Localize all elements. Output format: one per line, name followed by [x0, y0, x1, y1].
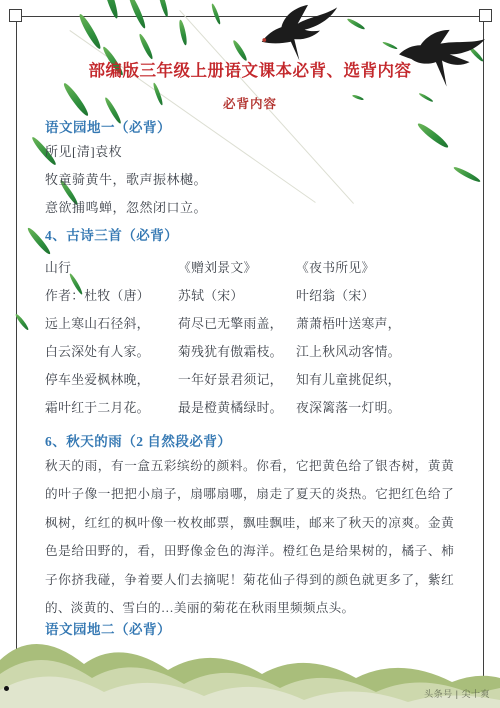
poem-cell: 《赠刘景文》: [178, 254, 296, 282]
poem-cell: 叶绍翁（宋）: [296, 282, 454, 310]
poem-cell: 远上寒山石径斜，: [45, 310, 178, 338]
poem-cell: 荷尽已无擎雨盖，: [178, 310, 296, 338]
swallow-bird-icon: [248, 4, 344, 64]
poem-cell: 最是橙黄橘绿时。: [178, 394, 296, 422]
poem-cell: 白云深处有人家。: [45, 338, 178, 366]
poem-cell: 《夜书所见》: [296, 254, 454, 282]
poem-suojian-title: 所见[清]袁枚: [45, 141, 454, 160]
poem-cell: 知有儿童挑促织，: [296, 366, 454, 394]
poem-table: 山行 《赠刘景文》 《夜书所见》 作者：杜牧（唐） 苏轼（宋） 叶绍翁（宋） 远…: [45, 254, 454, 422]
section-heading-yuwen-yuandi-1: 语文园地一（必背）: [45, 116, 454, 136]
willow-leaf-decoration: [156, 0, 169, 18]
page-corner-dot: [4, 686, 9, 691]
poem-suojian-line-1: 牧童骑黄牛，歌声振林樾。: [45, 169, 454, 188]
qiutian-de-yu-paragraph: 秋天的雨，有一盒五彩缤纷的颜料。你看，它把黄色给了银杏树，黄黄的叶子像一把把小扇…: [45, 452, 454, 624]
poem-suojian-line-2: 意欲捕鸣蝉，忽然闭口立。: [45, 197, 454, 216]
document-page: 部编版三年级上册语文课本必背、选背内容 必背内容 语文园地一（必背） 所见[清]…: [0, 0, 500, 708]
poem-cell: 萧萧梧叶送寒声，: [296, 310, 454, 338]
poem-cell: 山行: [45, 254, 178, 282]
poem-cell: 停车坐爱枫林晚，: [45, 366, 178, 394]
section-heading-gushi-sanshou: 4、古诗三首（必背）: [45, 224, 454, 244]
poem-cell: 霜叶红于二月花。: [45, 394, 178, 422]
poem-cell: 菊残犹有傲霜枝。: [178, 338, 296, 366]
watermark: 头条号 | 尖十爽: [424, 687, 490, 700]
section-heading-qiutian-de-yu: 6、秋天的雨（2 自然段必背）: [45, 430, 454, 450]
frame-corner-top-left: [9, 9, 22, 22]
poem-cell: 一年好景君须记，: [178, 366, 296, 394]
poem-cell: 苏轼（宋）: [178, 282, 296, 310]
poem-cell: 夜深篱落一灯明。: [296, 394, 454, 422]
page-subtitle: 必背内容: [20, 94, 480, 112]
poem-cell: 江上秋风动客情。: [296, 338, 454, 366]
frame-corner-top-right: [479, 9, 492, 22]
poem-cell: 作者：杜牧（唐）: [45, 282, 178, 310]
page-title: 部编版三年级上册语文课本必背、选背内容: [20, 57, 480, 81]
